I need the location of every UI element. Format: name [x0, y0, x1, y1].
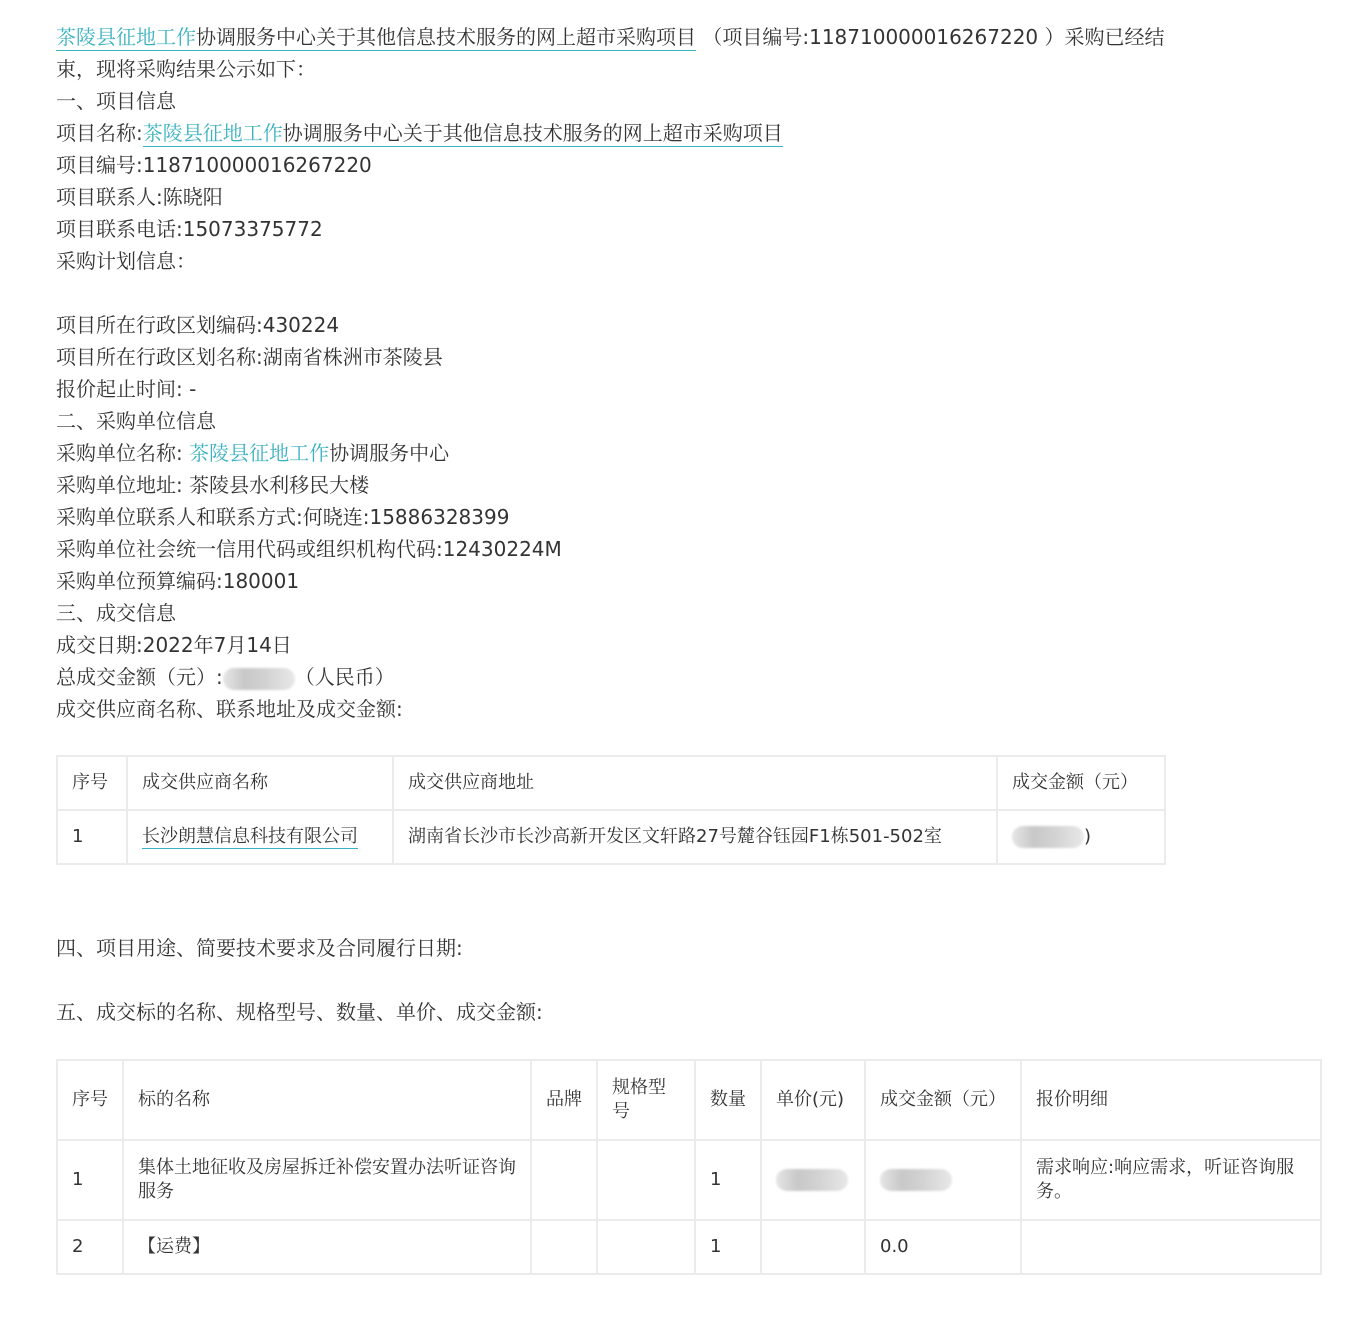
purchaser-address: 采购单位地址: 茶陵县水利移民大楼	[56, 469, 1316, 501]
redacted-amount	[880, 1169, 952, 1191]
project-link[interactable]: 茶陵县征地工作协调服务中心关于其他信息技术服务的网上超市采购项目	[56, 25, 696, 51]
project-name: 项目名称:茶陵县征地工作协调服务中心关于其他信息技术服务的网上超市采购项目	[56, 117, 1316, 149]
project-contact: 项目联系人:陈晓阳	[56, 181, 1316, 213]
project-phone: 项目联系电话:15073375772	[56, 213, 1316, 245]
project-name-link[interactable]: 茶陵县征地工作协调服务中心关于其他信息技术服务的网上超市采购项目	[143, 121, 783, 147]
item-table: 序号 标的名称 品牌 规格型号 数量 单价(元) 成交金额（元） 报价明细 1 …	[56, 1059, 1322, 1275]
region-code: 项目所在行政区划编码:430224	[56, 309, 1316, 341]
supplier-link[interactable]: 长沙朗慧信息科技有限公司	[142, 826, 358, 849]
redacted-price	[776, 1169, 848, 1191]
region-name: 项目所在行政区划名称:湖南省株洲市茶陵县	[56, 341, 1316, 373]
section-1-title: 一、项目信息	[56, 85, 1316, 117]
table-row: 2 【运费】 1 0.0	[57, 1220, 1321, 1274]
table-header: 序号 成交供应商名称 成交供应商地址 成交金额（元）	[57, 756, 1165, 810]
announcement-body: 茶陵县征地工作协调服务中心关于其他信息技术服务的网上超市采购项目 （项目编号:1…	[56, 21, 1316, 725]
project-number: 项目编号:118710000016267220	[56, 149, 1316, 181]
total-amount: 总成交金额（元）:（人民币）	[56, 661, 1316, 693]
section-5-title: 五、成交标的名称、规格型号、数量、单价、成交金额:	[56, 996, 1316, 1028]
quote-time: 报价起止时间: -	[56, 373, 1316, 405]
intro-line-2: 束，现将采购结果公示如下：	[56, 53, 1316, 85]
supplier-label: 成交供应商名称、联系地址及成交金额:	[56, 693, 1316, 725]
redacted-amount	[1012, 826, 1084, 848]
purchaser-credit-code: 采购单位社会统一信用代码或组织机构代码:12430224M	[56, 533, 1316, 565]
table-header: 序号 标的名称 品牌 规格型号 数量 单价(元) 成交金额（元） 报价明细	[57, 1060, 1321, 1140]
intro-line-1: 茶陵县征地工作协调服务中心关于其他信息技术服务的网上超市采购项目 （项目编号:1…	[56, 21, 1316, 53]
purchaser-contact: 采购单位联系人和联系方式:何晓连:15886328399	[56, 501, 1316, 533]
section-4-title: 四、项目用途、简要技术要求及合同履行日期:	[56, 932, 1316, 964]
sections-4-5: 四、项目用途、简要技术要求及合同履行日期: 五、成交标的名称、规格型号、数量、单…	[56, 932, 1316, 1028]
section-2-title: 二、采购单位信息	[56, 405, 1316, 437]
section-3-title: 三、成交信息	[56, 597, 1316, 629]
supplier-table: 序号 成交供应商名称 成交供应商地址 成交金额（元） 1 长沙朗慧信息科技有限公…	[56, 755, 1166, 865]
table-row: 1 长沙朗慧信息科技有限公司 湖南省长沙市长沙高新开发区文轩路27号麓谷钰园F1…	[57, 810, 1165, 864]
purchaser-keyword-highlight: 茶陵县征地工作	[189, 441, 329, 465]
deal-date: 成交日期:2022年7月14日	[56, 629, 1316, 661]
table-row: 1 集体土地征收及房屋拆迁补偿安置办法听证咨询服务 1 需求响应:响应需求，听证…	[57, 1140, 1321, 1220]
procurement-plan: 采购计划信息：	[56, 245, 1316, 277]
purchaser-name: 采购单位名称: 茶陵县征地工作协调服务中心	[56, 437, 1316, 469]
redacted-amount	[223, 668, 295, 690]
purchaser-budget-code: 采购单位预算编码:180001	[56, 565, 1316, 597]
